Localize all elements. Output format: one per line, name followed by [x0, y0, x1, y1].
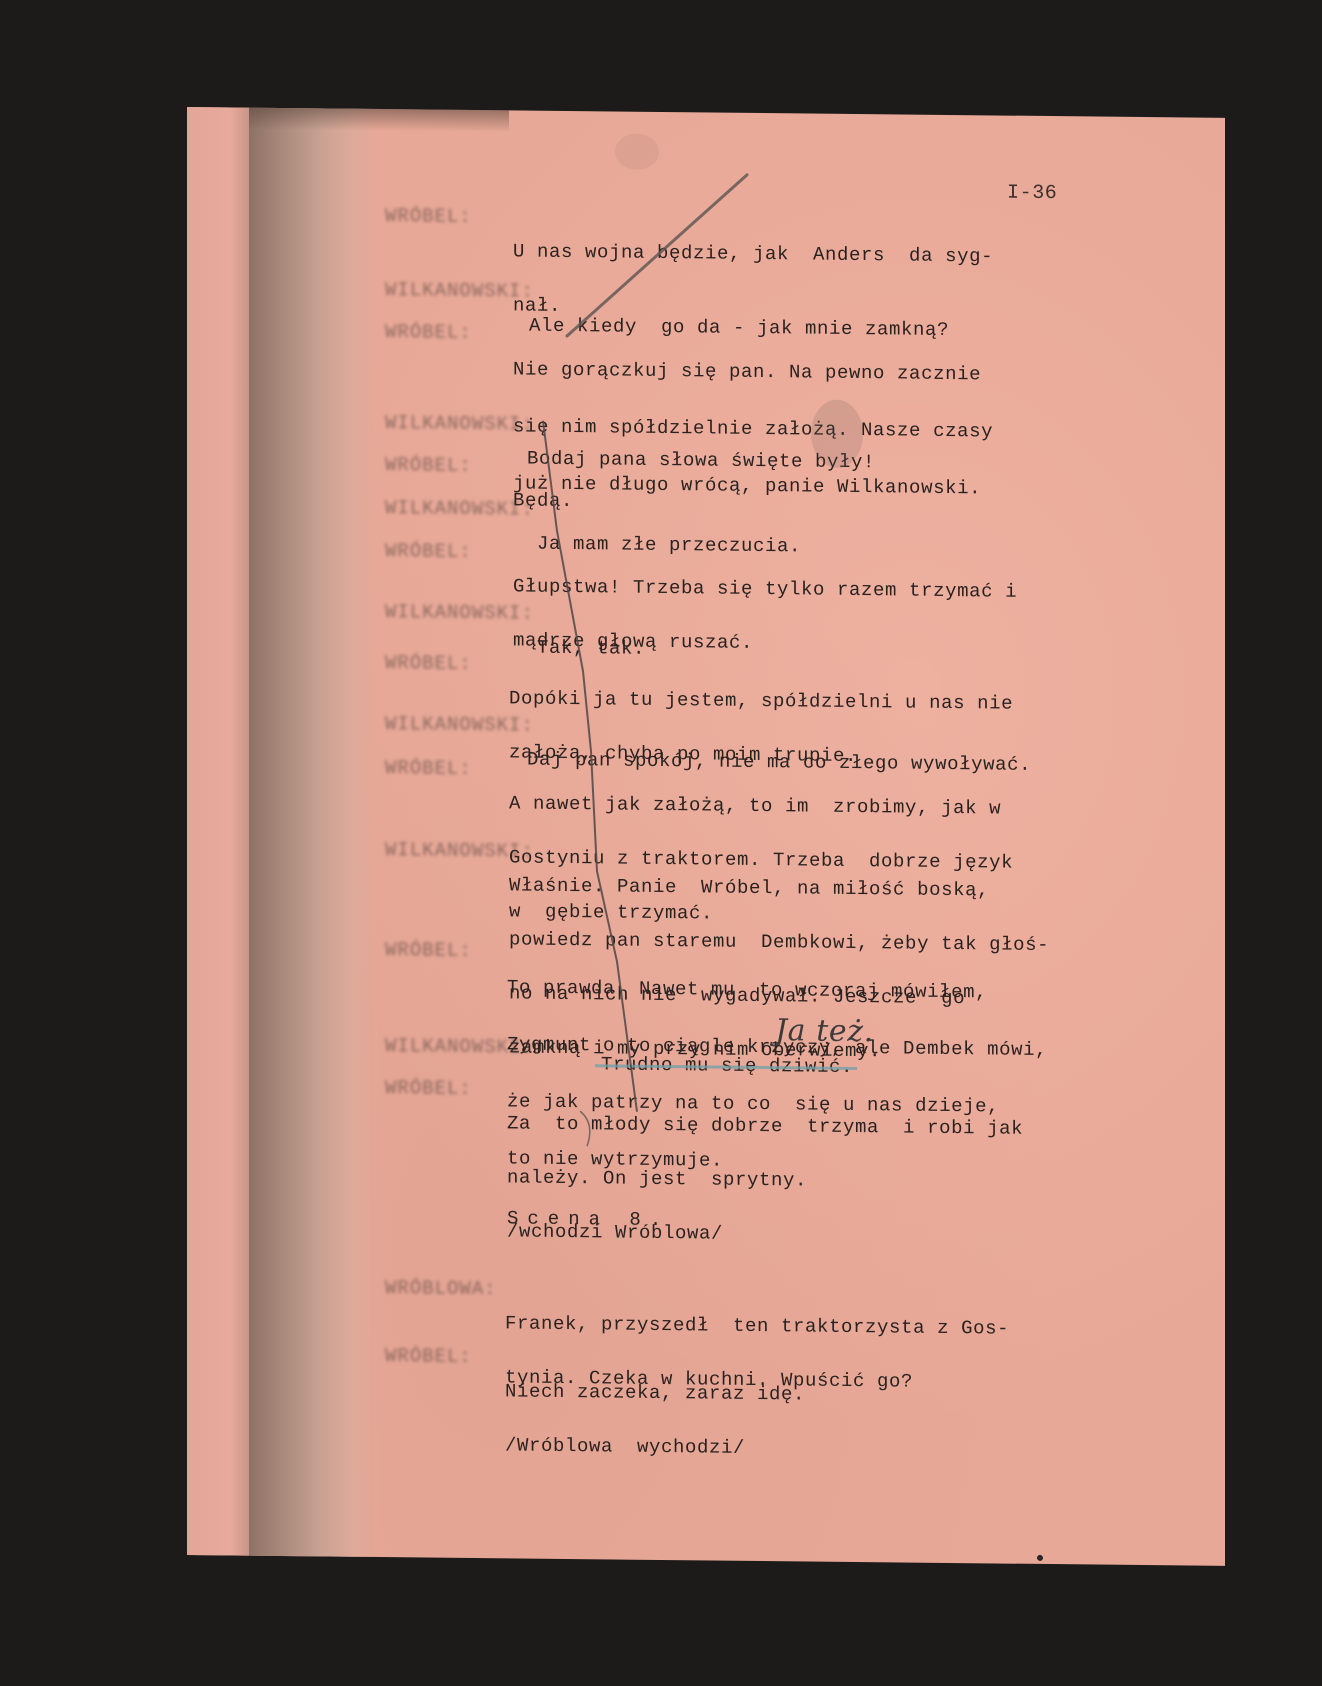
dialogue-line: Niech zaczeka, zaraz idę. /Wróblowa wych… [505, 1346, 805, 1493]
speaker-label: WRÓBEL: [385, 1345, 472, 1368]
speaker-label: WRÓBLOWA: [385, 1277, 497, 1300]
speaker-label: WILKANOWSKI: [385, 279, 534, 303]
speaker-label: WRÓBEL: [385, 540, 472, 563]
speaker-label: WRÓBEL: [385, 652, 472, 675]
scanned-page: I-36 WRÓBEL: U nas wojna będzie, jak And… [187, 107, 1225, 1566]
scene-heading: Scena 8. [507, 1207, 670, 1231]
speaker-label: WILKANOWSKI: [385, 1035, 534, 1059]
speaker-label: WRÓBEL: [385, 939, 472, 962]
speaker-label: WILKANOWSKI: [385, 412, 534, 436]
speaker-label: WILKANOWSKI: [385, 713, 534, 737]
speaker-label: WRÓBEL: [385, 1077, 472, 1100]
speaker-label: WILKANOWSKI: [385, 497, 534, 521]
page-number: I-36 [1007, 182, 1057, 206]
speaker-label: WRÓBEL: [385, 757, 472, 780]
handwritten-note: Ja też. [775, 1013, 874, 1049]
speaker-label: WRÓBEL: [385, 321, 472, 344]
speaker-label: WILKANOWSKI: [385, 601, 534, 625]
speaker-label: WRÓBEL: [385, 454, 472, 477]
dialogue-line: Za to młody się dobrze trzyma i robi jak… [507, 1078, 1023, 1281]
typed-script: I-36 WRÓBEL: U nas wojna będzie, jak And… [187, 107, 1225, 1566]
speaker-label: WRÓBEL: [385, 205, 472, 228]
